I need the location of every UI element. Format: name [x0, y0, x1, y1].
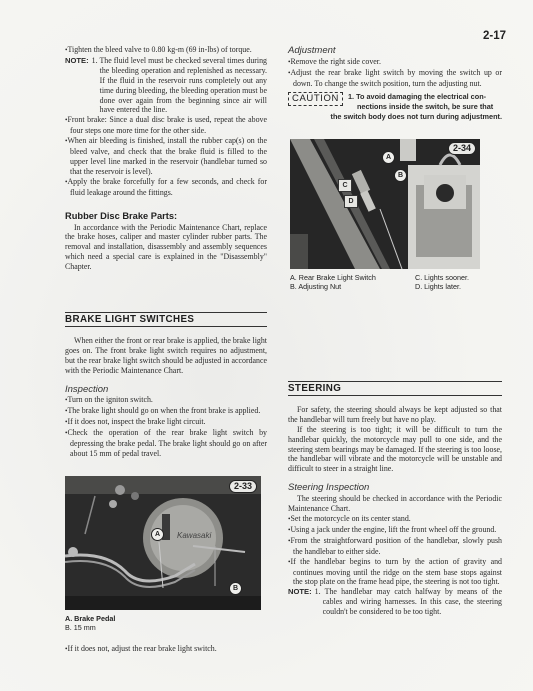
caption-c: C. Lights sooner.: [415, 273, 469, 282]
left-column: Tighten the bleed valve to 0.80 kg-m (69…: [65, 45, 267, 459]
caution-label: CAUTION: [288, 92, 343, 106]
section-heading-brake-light-switches: BRAKE LIGHT SWITCHES: [65, 312, 267, 327]
figure-2-34-caption-right: C. Lights sooner. D. Lights later.: [415, 273, 469, 291]
caption-a: A. Rear Brake Light Switch: [290, 273, 376, 282]
figure-rear-brake-switch-photo: 2-34 A B C D: [290, 139, 480, 269]
svg-text:Kawasaki: Kawasaki: [177, 531, 211, 540]
inspection-bullet: Check the operation of the rear brake li…: [65, 428, 267, 459]
callout-d: D: [344, 195, 358, 208]
caption-b: B. 15 mm: [65, 623, 115, 632]
inspection-bullet: If it does not, inspect the brake light …: [65, 417, 267, 428]
bullet-adjust-if-not: If it does not, adjust the rear brake li…: [65, 644, 275, 654]
steering-paragraph: If the steering is too tight; it will be…: [288, 425, 502, 475]
note-handlebar-catch: NOTE: 1. The handlebar may catch halfway…: [288, 587, 502, 617]
figure-tag-2-33: 2-33: [229, 480, 257, 493]
note-label: NOTE:: [288, 587, 312, 617]
caution-tail: the switch body does not turn during adj…: [288, 112, 502, 122]
right-column: Adjustment Remove the right side cover. …: [288, 46, 502, 122]
caution-line: 1. To avoid damaging the electrical con-: [348, 92, 493, 102]
adjustment-heading: Adjustment: [288, 46, 502, 56]
note-text: 1. The handlebar may catch halfway by me…: [315, 587, 502, 617]
caution-block: CAUTION 1. To avoid damaging the electri…: [288, 92, 502, 112]
caption-b: B. Adjusting Nut: [290, 282, 376, 291]
figure-2-34-caption-left: A. Rear Brake Light Switch B. Adjusting …: [290, 273, 376, 291]
steering-inspection-bullet: If the handlebar begins to turn by the a…: [288, 557, 502, 588]
inspection-bullet: Turn on the igniton switch.: [65, 395, 267, 406]
note-text: 1. The fluid level must be checked sever…: [92, 56, 267, 115]
bullet-front-brake: Front brake: Since a dual disc brake is …: [65, 115, 267, 136]
steering-column: STEERING For safety, the steering should…: [288, 381, 502, 617]
figure-tag-2-34: 2-34: [448, 142, 476, 155]
steering-inspection-bullet: Using a jack under the engine, lift the …: [288, 525, 502, 536]
adjustment-bullet: Adjust the rear brake light switch by mo…: [288, 68, 502, 89]
note-fluid-level: NOTE: 1. The fluid level must be checked…: [65, 56, 267, 115]
page-number: 2-17: [466, 30, 506, 42]
manual-page: 2-17 Tighten the bleed valve to 0.80 kg-…: [0, 0, 533, 691]
section-heading-steering: STEERING: [288, 381, 502, 396]
inspection-heading: Inspection: [65, 385, 267, 395]
inspection-bullet: The brake light should go on when the fr…: [65, 406, 267, 417]
caution-line: nections inside the switch, be sure that: [348, 102, 493, 112]
steering-inspection-heading: Steering Inspection: [288, 483, 502, 493]
bullet-air-bleeding-finished: When air bleeding is finished, install t…: [65, 136, 267, 177]
figure-brake-pedal-photo: Kawasaki 2-33 A B: [65, 476, 261, 610]
callout-b: B: [394, 169, 407, 182]
rubber-parts-heading: Rubber Disc Brake Parts:: [65, 212, 267, 222]
note-label: NOTE:: [65, 56, 89, 115]
callout-b: B: [229, 582, 242, 595]
adjustment-bullet: Remove the right side cover.: [288, 57, 502, 68]
steering-inspection-bullet: Set the motorcycle on its center stand.: [288, 514, 502, 525]
caption-a: A. Brake Pedal: [65, 614, 115, 623]
figure-2-33-caption: A. Brake Pedal B. 15 mm: [65, 614, 115, 632]
steering-inspection-bullet: From the straightforward position of the…: [288, 536, 502, 557]
steering-paragraph: For safety, the steering should always b…: [288, 405, 502, 425]
caption-d: D. Lights later.: [415, 282, 469, 291]
steering-inspection-intro: The steering should be checked in accord…: [288, 494, 502, 514]
callout-a: A: [151, 528, 164, 541]
callout-a: A: [382, 151, 395, 164]
bullet-tighten-bleed-valve: Tighten the bleed valve to 0.80 kg-m (69…: [65, 45, 267, 56]
brake-light-intro: When either the front or rear brake is a…: [65, 336, 267, 376]
rubber-parts-text: In accordance with the Periodic Maintena…: [65, 223, 267, 273]
callout-c: C: [338, 179, 352, 192]
bullet-apply-brake: Apply the brake forcefully for a few sec…: [65, 177, 267, 198]
